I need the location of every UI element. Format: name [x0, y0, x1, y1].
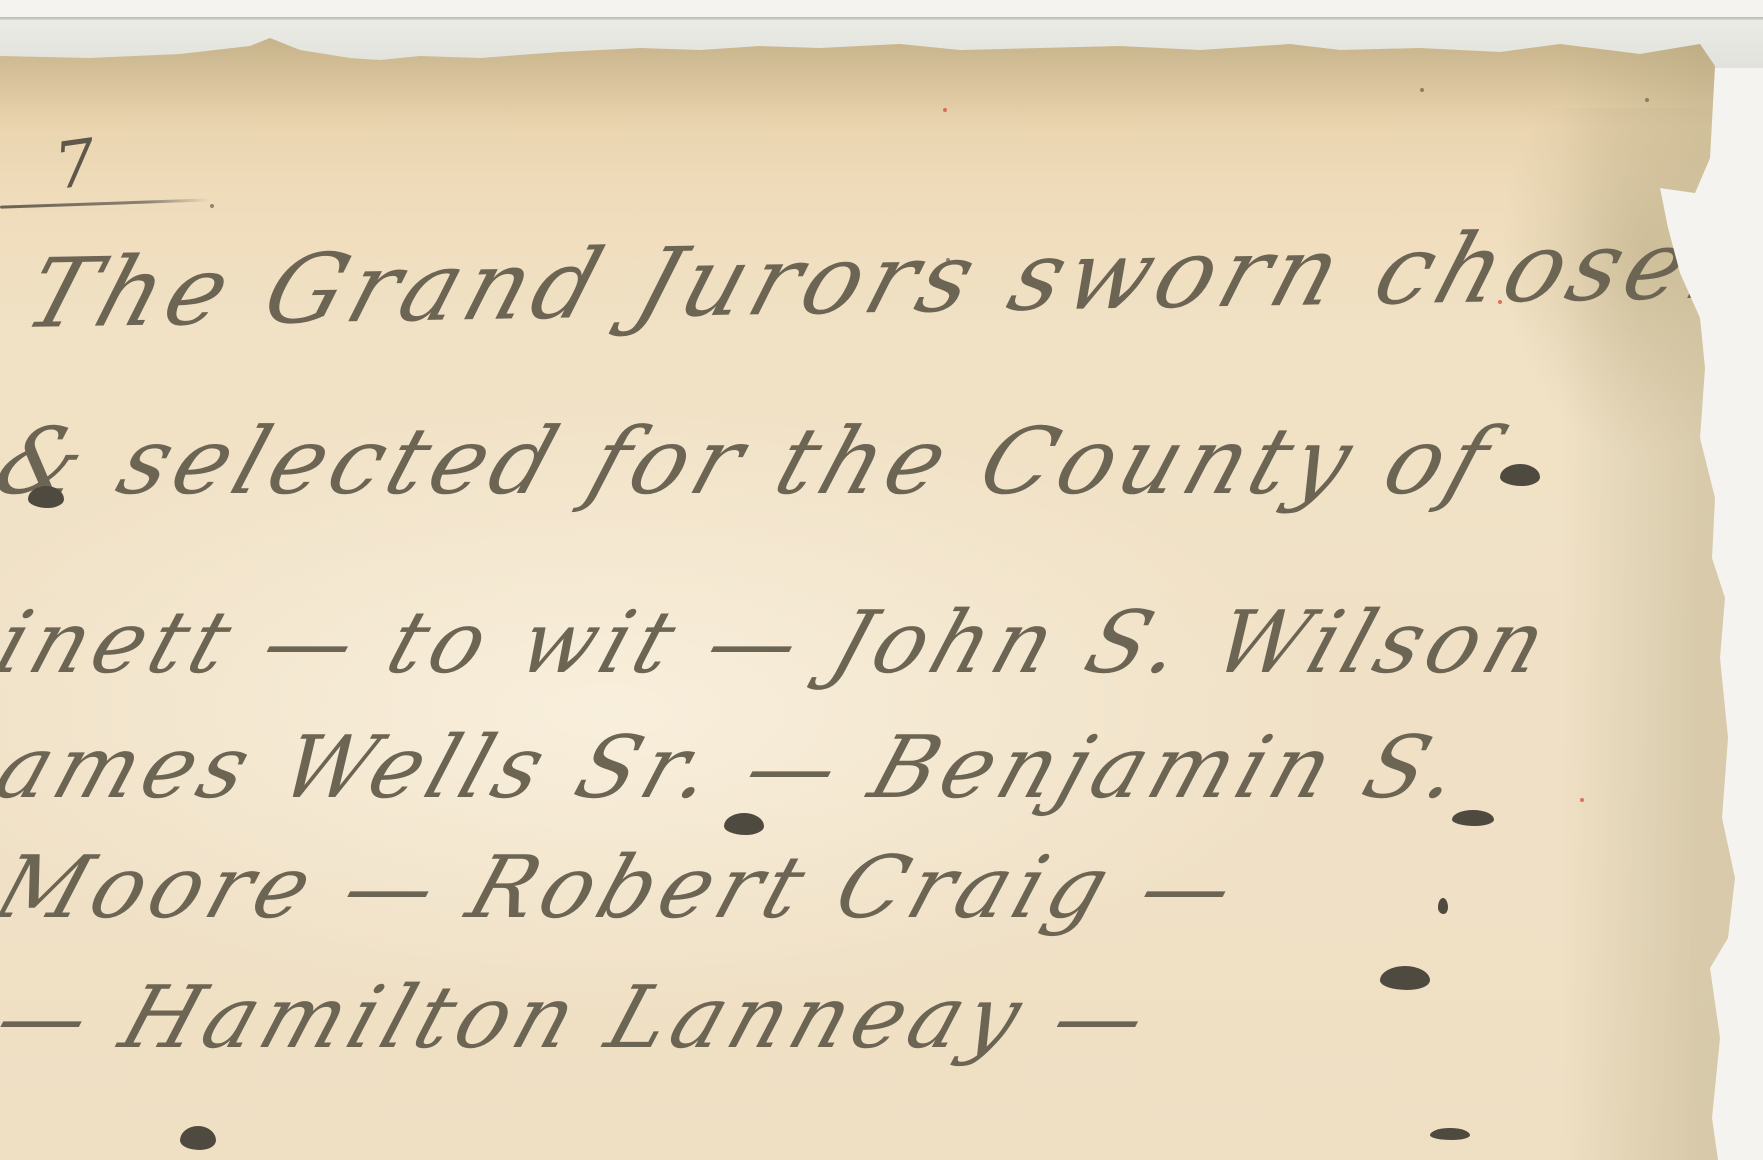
- paper-speck-red: [943, 108, 947, 112]
- ink-blot: [1500, 464, 1540, 486]
- paper-speck: [1645, 98, 1649, 102]
- manuscript-line-5: Moore — Robert Craig —: [0, 838, 1252, 938]
- paper-speck: [946, 258, 950, 262]
- manuscript-line-6: — Hamilton Lanneay —: [0, 968, 1165, 1068]
- paper-speck-red: [1498, 300, 1502, 304]
- paper-speck: [210, 204, 214, 208]
- manuscript-line-2: & selected for the County of: [0, 408, 1508, 515]
- paper-speck-red: [1580, 798, 1584, 802]
- ink-blot: [1438, 898, 1448, 914]
- manuscript-line-3: inett — to wit — John S. Wilson: [0, 593, 1564, 693]
- ink-blot: [180, 1126, 216, 1150]
- scan-background: 7 The Grand Jurors sworn chosen & select…: [0, 0, 1763, 1160]
- page-number-underline: [0, 198, 210, 208]
- manuscript-page: 7 The Grand Jurors sworn chosen & select…: [0, 38, 1735, 1160]
- paper-speck: [1420, 88, 1424, 92]
- ink-blot: [1430, 1128, 1470, 1140]
- ink-blot: [724, 813, 764, 835]
- page-number: 7: [51, 130, 119, 198]
- manuscript-line-4: ames Wells Sr. — Benjamin S.: [0, 718, 1479, 818]
- ink-blot: [28, 486, 64, 508]
- manuscript-line-1: The Grand Jurors sworn chosen: [13, 208, 1763, 350]
- ink-blot: [1452, 810, 1494, 826]
- ink-blot: [1380, 966, 1430, 990]
